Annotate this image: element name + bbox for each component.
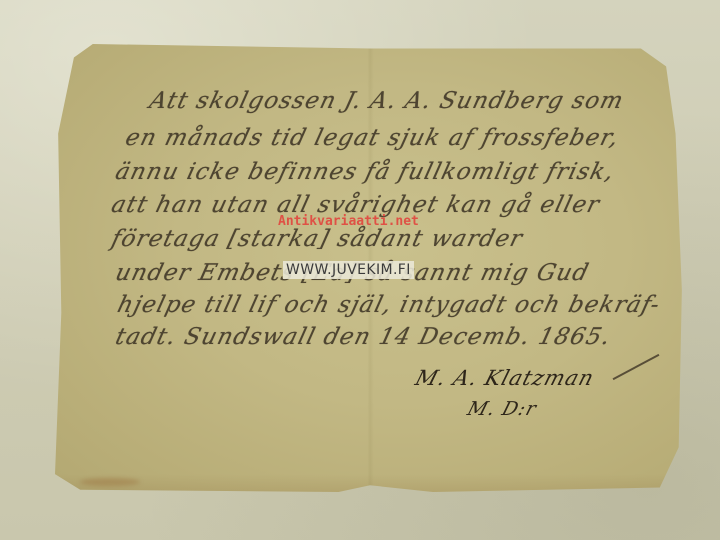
handwritten-line-8: tadt. Sundswall den 14 Decemb. 1865. xyxy=(113,324,614,350)
handwritten-line-5: företaga [starka] sådant warder xyxy=(109,226,526,252)
signature-name: M. A. Klatzman xyxy=(413,366,598,390)
handwritten-line-1: Att skolgossen J. A. A. Sundberg som xyxy=(147,88,627,114)
signature-title: M. D:r xyxy=(465,398,540,420)
handwritten-line-2: en månads tid legat sjuk af frossfeber, xyxy=(123,125,622,151)
juvekim-watermark: WWW.JUVEKIM.FI xyxy=(283,261,414,279)
handwritten-line-3: ännu icke befinnes få fullkomligt frisk, xyxy=(113,159,618,185)
handwritten-line-7: hjelpe till lif och själ, intygadt och b… xyxy=(115,292,663,318)
antikvariaatti-watermark: Antikvariaatti.net xyxy=(278,214,419,229)
